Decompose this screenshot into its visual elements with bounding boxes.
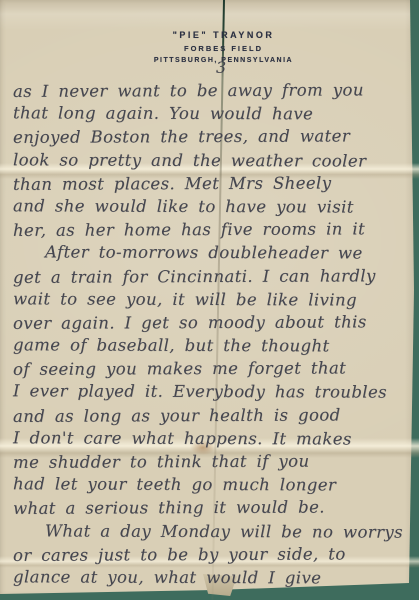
letter-line: glance at you, what would I give	[13, 565, 415, 590]
letter-line: enjoyed Boston the trees, and water	[13, 124, 415, 149]
letter-line: look so pretty and the weather cooler	[13, 148, 415, 173]
letterhead-venue: FORBES FIELD	[28, 44, 419, 53]
letterhead-name: "PIE" TRAYNOR	[28, 30, 419, 40]
letter-line: had let your teeth go much longer	[13, 472, 415, 497]
letter-line: get a train for Cincinnati. I can hardly	[13, 264, 415, 289]
letter-line: wait to see you, it will be like living	[13, 287, 415, 312]
letter-line: than most places. Met Mrs Sheely	[13, 171, 415, 196]
letter-line: I don't care what happens. It makes	[13, 426, 415, 451]
letter-line: me shudder to think that if you	[13, 449, 415, 474]
letter-photo: "PIE" TRAYNOR FORBES FIELD PITTSBURGH, P…	[0, 0, 419, 600]
letter-line: her, as her home has five rooms in it	[13, 217, 415, 242]
letter-line: that long again. You would have	[13, 101, 415, 126]
letter-line: After to-morrows doubleheader we	[13, 241, 415, 266]
letter-line: game of baseball, but the thought	[13, 333, 415, 358]
letter-line: I ever played it. Everybody has troubles	[13, 380, 415, 405]
page-number: 3	[216, 58, 226, 77]
letter-line: over again. I get so moody about this	[13, 310, 415, 335]
letter-line: what a serious thing it would be.	[13, 495, 415, 520]
letter-line: and she would like to have you visit	[13, 194, 415, 219]
letter-body: as I never want to be away from youthat …	[13, 79, 415, 589]
letter-line: and as long as your health is good	[13, 403, 415, 428]
letter-line: as I never want to be away from you	[13, 78, 415, 103]
letter-line: What a day Monday will be no worrys	[13, 519, 415, 544]
letter-line: or cares just to be by your side, to	[13, 542, 415, 567]
letter-line: of seeing you makes me forget that	[13, 356, 415, 381]
